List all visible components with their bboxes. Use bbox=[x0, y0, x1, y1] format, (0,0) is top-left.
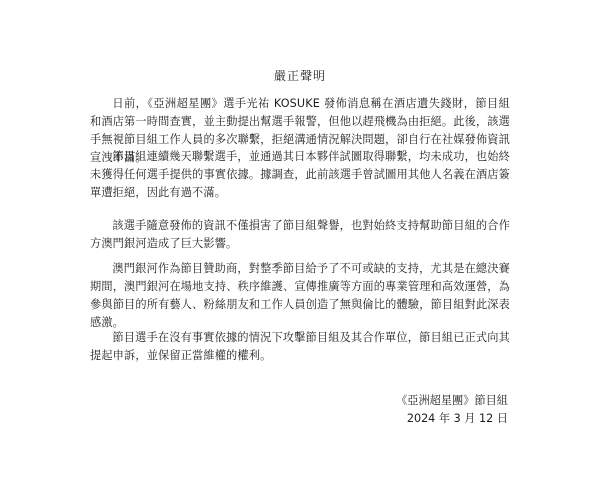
paragraph-3: 該選手隨意發佈的資訊不僅損害了節目組聲譽，也對始終支持幫助節目組的合作方澳門銀河… bbox=[90, 217, 510, 253]
statement-page: 嚴正聲明 日前，《亞洲超星團》選手光祐 KOSUKE 發佈消息稱在酒店遺失錢財，… bbox=[0, 0, 600, 478]
statement-title: 嚴正聲明 bbox=[0, 67, 600, 84]
signature-date: 2024 年 3 月 12 日 bbox=[407, 410, 508, 428]
paragraph-2: 節目組連續幾天聯繫選手，並通過其日本夥伴試圖取得聯繫，均未成功，也始終未獲得任何… bbox=[90, 148, 510, 202]
paragraph-4: 澳門銀河作為節目贊助商，對整季節目給予了不可或缺的支持，尤其是在總決賽期間，澳門… bbox=[90, 260, 510, 332]
paragraph-5: 節目選手在沒有事實依據的情況下攻擊節目組及其合作單位，節目組已正式向其提起申訴，… bbox=[90, 329, 510, 365]
signature-organization: 《亞洲超星團》節目組 bbox=[396, 392, 508, 410]
